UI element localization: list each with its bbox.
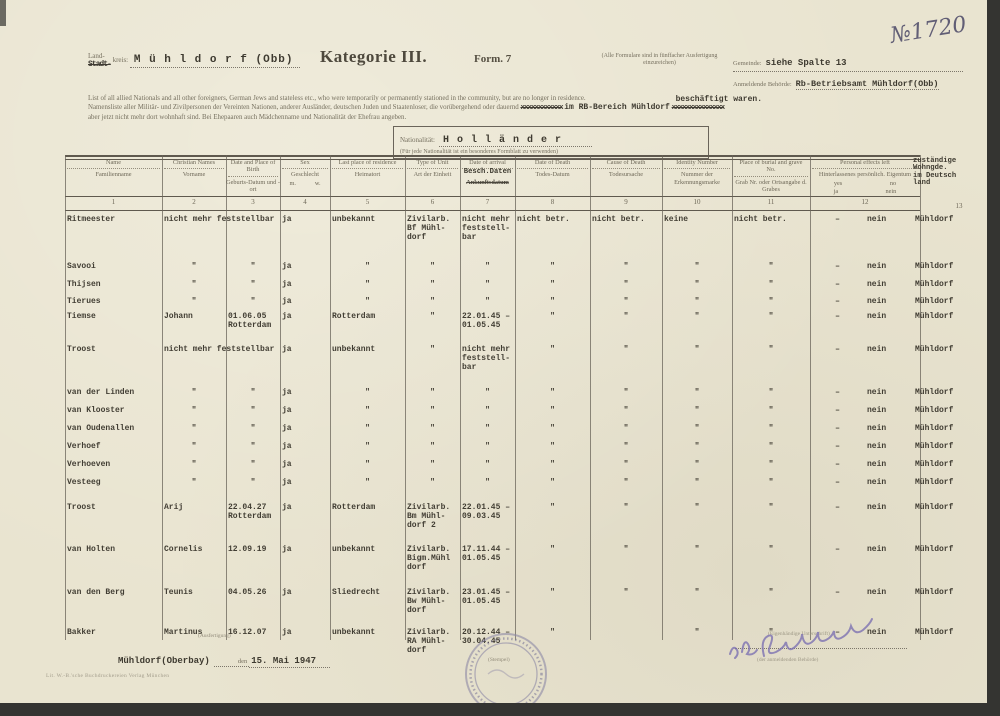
column-number: 9 (590, 198, 662, 206)
table-cell: nein (867, 545, 911, 554)
table-cell: " (228, 442, 278, 451)
footer-place: Mühldorf(Oberbay) (118, 656, 210, 666)
table-cell: " (517, 406, 588, 415)
table-cell: " (664, 262, 730, 271)
table-cell: nein (867, 388, 911, 397)
column-number: 5 (330, 198, 405, 206)
table-cell: " (664, 424, 730, 433)
table-cell: " (407, 262, 458, 271)
table-cell: ja (282, 503, 328, 512)
table-cell: – (812, 262, 863, 271)
table-cell: nein (867, 460, 911, 469)
table-cell: " (164, 280, 224, 289)
table-cell: " (332, 406, 403, 415)
column-header-12: Personal effects leftHinterlassenes pers… (810, 158, 920, 196)
table-cell: " (462, 442, 513, 451)
column-number: 6 (405, 198, 460, 206)
table-cell: Savooi (67, 262, 160, 271)
table-cell: unbekannt (332, 345, 403, 354)
column-header-6: Type of UnitArt der Einheit (405, 158, 460, 179)
table-cell: " (517, 442, 588, 451)
table-cell: " (332, 478, 403, 487)
table-cell: – (812, 297, 863, 306)
table-cell: unbekannt (332, 215, 403, 224)
table-cell: " (164, 460, 224, 469)
intro-struck-1: xxxxxxxxxxxx (520, 104, 562, 112)
table-cell: Verhoef (67, 442, 160, 451)
table-cell: " (164, 442, 224, 451)
table-cell: " (664, 388, 730, 397)
table-cell: " (407, 424, 458, 433)
table-cell: – (812, 215, 863, 224)
column-header-2: Christian NamesVorname (162, 158, 226, 179)
table-cell: " (407, 406, 458, 415)
table-cell: nein (867, 345, 911, 354)
table-cell: " (664, 588, 730, 597)
column-number: 10 (662, 198, 732, 206)
table-rule (662, 155, 663, 640)
table-cell: " (517, 588, 588, 597)
table-cell: – (812, 545, 863, 554)
table-cell: " (664, 406, 730, 415)
column-header-3: Date and Place of BirthGeburts-Datum und… (226, 158, 280, 194)
table-cell: van den Berg (67, 588, 160, 597)
table-cell: 12.09.19 (228, 545, 278, 554)
scanned-form-page: №1720 Land- Stadt- kreis: M ü h l d o r … (0, 0, 1000, 716)
table-cell: " (164, 478, 224, 487)
table-cell: " (164, 262, 224, 271)
table-cell: " (592, 478, 660, 487)
table-cell: " (517, 460, 588, 469)
column-number: 8 (515, 198, 590, 206)
table-cell: " (592, 345, 660, 354)
table-cell: " (734, 588, 808, 597)
table-cell: – (812, 503, 863, 512)
table-cell: ja (282, 345, 328, 354)
table-cell: 04.05.26 (228, 588, 278, 597)
table-rule (65, 155, 66, 640)
column-header-text: Nummer der Erkennungsmarke (662, 169, 732, 186)
table-cell: Rotterdam (332, 503, 403, 512)
table-cell: Zivilarb. RA Mühl- dorf (407, 628, 458, 655)
authority-value: Rb-Betriebsamt Mühldorf(Obb) (796, 79, 939, 90)
column-number: 7 (460, 198, 515, 206)
footer-den-label: den (214, 658, 249, 667)
intro-line-de: Namensliste aller Militär- und Zivilpers… (88, 104, 519, 111)
table-cell: – (812, 388, 863, 397)
column-header-text: Besch.Daten (460, 169, 515, 176)
table-cell: " (462, 262, 513, 271)
table-cell: ja (282, 442, 328, 451)
column-header-text: Last place of residence (332, 158, 403, 169)
table-cell: Rotterdam (332, 312, 403, 321)
table-cell: 01.06.05 Rotterdam (228, 312, 278, 330)
column-header-text: Familienname (65, 169, 162, 178)
table-cell: ja (282, 406, 328, 415)
table-cell: nicht mehr feststell- bar (462, 215, 513, 242)
table-cell: " (462, 406, 513, 415)
table-cell: ja (282, 478, 328, 487)
table-cell: keine (664, 215, 730, 224)
table-cell: 22.01.45 – 01.05.45 (462, 312, 513, 330)
district-block: Land- Stadt- kreis: M ü h l d o r f (Obb… (88, 52, 300, 69)
table-rule (920, 155, 921, 640)
table-rule (515, 155, 516, 640)
table-cell: Troost (67, 345, 160, 354)
column-header-text: Type of Unit (407, 158, 458, 169)
table-cell: " (734, 280, 808, 289)
table-cell: 17.11.44 – 01.05.45 (462, 545, 513, 563)
footer-tiny-note: (Ausfertigung) (198, 633, 231, 639)
table-cell: " (228, 406, 278, 415)
column-header-text: Sex (282, 158, 328, 169)
column-header-text: Grab Nr. oder Ortsangabe d. Grabes (732, 177, 810, 194)
table-cell: " (734, 388, 808, 397)
column-header-text: Hinterlassenes persönlich. Eigentum (810, 169, 920, 178)
table-cell: " (592, 262, 660, 271)
table-cell: " (332, 280, 403, 289)
table-rule (810, 155, 811, 640)
table-cell: – (812, 460, 863, 469)
form-number: Form. 7 (474, 53, 511, 65)
table-cell: " (734, 460, 808, 469)
table-cell: nicht betr. (592, 215, 660, 224)
column-header-text: Todesursache (590, 169, 662, 178)
table-cell: " (592, 460, 660, 469)
table-rule (590, 155, 591, 640)
table-cell: " (462, 280, 513, 289)
column-header-text: Place of burial and grave No. (734, 158, 808, 177)
column-header-7: Date of arrivalBesch.DatenAnkunftsdatum (460, 158, 515, 186)
table-cell: " (592, 503, 660, 512)
column-header-text: Art der Einheit (405, 169, 460, 178)
table-cell: nicht betr. (734, 215, 808, 224)
table-cell: " (462, 388, 513, 397)
table-cell: " (407, 388, 458, 397)
table-cell: van der Linden (67, 388, 160, 397)
table-cell: Thijsen (67, 280, 160, 289)
district-label-land: Land- (88, 52, 105, 60)
table-cell: nein (867, 280, 911, 289)
column-header-4: SexGeschlechtm.w. (280, 158, 330, 187)
table-cell: " (664, 503, 730, 512)
table-cell: Cornelis (164, 545, 224, 554)
table-cell: " (734, 503, 808, 512)
table-cell: " (332, 460, 403, 469)
table-cell: Zivilarb. Bigm.Mühl dorf (407, 545, 458, 572)
table-rule (732, 155, 733, 640)
column-header-text: Identity Number (664, 158, 730, 169)
column-number: 12 (810, 198, 920, 206)
table-cell: – (812, 280, 863, 289)
table-cell: " (664, 345, 730, 354)
table-cell: " (407, 442, 458, 451)
table-cell: nein (867, 312, 911, 321)
column-header-8: Date of DeathTodes-Datum (515, 158, 590, 179)
table-cell: Ritmeester (67, 215, 160, 224)
intro-paragraph: List of all allied Nationals and all oth… (88, 94, 933, 122)
table-cell: nein (867, 442, 911, 451)
table-cell: " (734, 545, 808, 554)
table-cell: Troost (67, 503, 160, 512)
table-cell: " (517, 503, 588, 512)
scan-edge-bottom (0, 703, 1000, 716)
column-header-text: Todes-Datum (515, 169, 590, 178)
table-cell: nicht mehr feststellbar (164, 215, 278, 224)
scan-corner-mark (0, 0, 6, 26)
table-cell: " (332, 424, 403, 433)
table-cell: " (734, 406, 808, 415)
table-cell: " (462, 297, 513, 306)
table-rule (162, 155, 163, 640)
table-cell: ja (282, 388, 328, 397)
table-cell: " (407, 345, 458, 354)
table-cell: " (407, 478, 458, 487)
column-header-5: Last place of residenceHeimatort (330, 158, 405, 179)
nationality-label: Nationalität: (400, 136, 435, 144)
table-cell: " (164, 424, 224, 433)
table-cell: " (228, 262, 278, 271)
table-cell: – (812, 442, 863, 451)
table-cell: " (517, 280, 588, 289)
authority-label: Anmeldende Behörde: (733, 81, 792, 88)
table-cell: 22.01.45 – 09.03.45 (462, 503, 513, 521)
column-header-text: Heimatort (330, 169, 405, 178)
handwritten-number: №1720 (889, 12, 969, 49)
column-number: 4 (280, 198, 330, 206)
table-cell: " (407, 297, 458, 306)
table-cell: nicht betr. (517, 215, 588, 224)
table-cell: " (164, 406, 224, 415)
table-rule (330, 155, 331, 640)
table-cell: Teunis (164, 588, 224, 597)
printer-imprint: Lit. W.-B.'sche Buchdruckereien Verlag M… (46, 673, 169, 679)
column-header-1: NameFamilienname (65, 158, 162, 179)
table-cell: " (664, 312, 730, 321)
table-cell: " (517, 478, 588, 487)
table-cell: – (812, 424, 863, 433)
table-cell: ja (282, 215, 328, 224)
table-cell: unbekannt (332, 545, 403, 554)
roster-table: NameFamiliennameChristian NamesVornameDa… (65, 155, 920, 640)
gemeinde-label: Gemeinde: (733, 60, 762, 67)
column-header-text: Name (67, 158, 160, 169)
authority-row: Anmeldende Behörde: Rb-Betriebsamt Mühld… (733, 73, 988, 91)
table-cell: " (592, 297, 660, 306)
table-cell: " (332, 388, 403, 397)
table-cell: " (517, 545, 588, 554)
intro-insert: beschäftigt waren. xxxxxxxxxxxxxxx (672, 103, 725, 113)
table-cell: nein (867, 503, 911, 512)
table-cell: ja (282, 312, 328, 321)
table-cell: " (164, 297, 224, 306)
table-cell: Arij (164, 503, 224, 512)
table-cell: " (228, 460, 278, 469)
intro-struck-2: xxxxxxxxxxxxxxx (672, 104, 725, 112)
footer-dateline: Mühldorf(Oberbay) den15. Mai 1947 (118, 650, 330, 668)
column-number: 3 (226, 198, 280, 206)
column-header-10: Identity NumberNummer der Erkennungsmark… (662, 158, 732, 186)
table-cell: " (734, 312, 808, 321)
table-cell: Zivilarb. Bm Mühl- dorf 2 (407, 503, 458, 530)
gemeinde-value: siehe Spalte 13 (766, 58, 847, 68)
table-cell: " (664, 478, 730, 487)
table-cell: nicht mehr feststellbar (164, 345, 278, 354)
table-cell: " (664, 628, 730, 637)
table-cell: " (407, 312, 458, 321)
column-header-text: Geburts-Datum und -ort (226, 177, 280, 194)
table-cell: nein (867, 297, 911, 306)
district-label-stadt-struck: Stadt- (88, 60, 111, 69)
table-cell: " (734, 424, 808, 433)
copies-note: (Alle Formulare sind in fünffacher Ausfe… (597, 53, 722, 67)
table-cell: " (592, 312, 660, 321)
table-cell: " (517, 312, 588, 321)
table-cell: nein (867, 406, 911, 415)
column-header-11: Place of burial and grave No.Grab Nr. od… (732, 158, 810, 194)
table-cell: " (592, 545, 660, 554)
table-cell: " (332, 297, 403, 306)
table-cell: van Oudenallen (67, 424, 160, 433)
table-cell: " (407, 460, 458, 469)
table-cell: " (517, 388, 588, 397)
table-cell: – (812, 406, 863, 415)
table-cell: " (228, 478, 278, 487)
table-cell: ja (282, 545, 328, 554)
table-cell: 23.01.45 – 01.05.45 (462, 588, 513, 606)
column-number: 2 (162, 198, 226, 206)
table-cell: nicht mehr feststell- bar (462, 345, 513, 372)
table-cell: " (332, 262, 403, 271)
table-rule (280, 155, 281, 640)
table-cell: – (812, 312, 863, 321)
intro-line-de-2: aber jetzt nicht mehr dort wohnhaft sind… (88, 114, 406, 121)
district-label-kreis: kreis: (113, 56, 129, 64)
table-cell: ja (282, 262, 328, 271)
column-header-text: Ankunftsdatum (460, 177, 515, 186)
table-cell: " (228, 388, 278, 397)
table-cell: " (734, 297, 808, 306)
table-cell: " (664, 280, 730, 289)
table-cell: nein (867, 478, 911, 487)
table-cell: van Klooster (67, 406, 160, 415)
table-cell: 16.12.07 (228, 628, 278, 637)
table-cell: " (228, 280, 278, 289)
table-cell: Vesteeg (67, 478, 160, 487)
table-cell: " (734, 442, 808, 451)
table-cell: nein (867, 262, 911, 271)
table-cell: " (734, 478, 808, 487)
table-cell: Zivilarb. Bw Mühl- dorf (407, 588, 458, 615)
column-header-text: Christian Names (164, 158, 224, 169)
signature (722, 612, 922, 667)
table-cell: ja (282, 280, 328, 289)
table-cell: – (812, 588, 863, 597)
table-cell: " (734, 345, 808, 354)
table-cell: " (407, 280, 458, 289)
table-cell: " (664, 297, 730, 306)
district-value: M ü h l d o r f (Obb) (130, 54, 300, 68)
table-cell: " (592, 424, 660, 433)
table-cell: Tierues (67, 297, 160, 306)
table-cell: – (812, 345, 863, 354)
column-header-text: Vorname (162, 169, 226, 178)
table-cell: unbekannt (332, 628, 403, 637)
nationality-value: H o l l ä n d e r (439, 135, 592, 147)
column-header-text: Personal effects left (812, 158, 918, 169)
table-cell: " (462, 424, 513, 433)
column-header-text: Cause of Death (592, 158, 660, 169)
table-cell: Zivilarb. Bf Mühl- dorf (407, 215, 458, 242)
column-number: 11 (732, 198, 810, 206)
table-cell: " (228, 424, 278, 433)
table-cell: Tiemse (67, 312, 160, 321)
table-cell: " (734, 262, 808, 271)
column-header-text: Geschlecht (280, 169, 330, 178)
stamp-caption: (Stempel) (488, 657, 510, 663)
table-cell: " (664, 442, 730, 451)
table-cell: " (664, 460, 730, 469)
footer-date: 15. Mai 1947 (249, 656, 330, 668)
gemeinde-row: Gemeinde: siehe Spalte 13 (733, 52, 963, 72)
table-cell: " (592, 388, 660, 397)
table-rule (226, 155, 227, 640)
table-cell: Sliedrecht (332, 588, 403, 597)
column-number: 1 (65, 198, 162, 206)
table-cell: " (592, 588, 660, 597)
form-title: Kategorie III. (320, 47, 427, 67)
table-cell: " (517, 424, 588, 433)
table-cell: " (228, 297, 278, 306)
table-cell: nein (867, 424, 911, 433)
intro-line-en: List of all allied Nationals and all oth… (88, 95, 586, 102)
table-cell: " (517, 262, 588, 271)
table-cell: ja (282, 628, 328, 637)
intro-typed-raised: beschäftigt waren. (676, 95, 762, 104)
table-cell: van Holten (67, 545, 160, 554)
table-cell: " (462, 460, 513, 469)
table-cell: Bakker (67, 628, 160, 637)
table-cell: " (592, 406, 660, 415)
table-cell: nein (867, 588, 911, 597)
table-rule (405, 155, 406, 640)
column-header-9: Cause of DeathTodesursache (590, 158, 662, 179)
table-cell: " (592, 442, 660, 451)
intro-typed-location: im RB-Bereich Mühldorf (564, 103, 670, 112)
column-header-text: Date and Place of Birth (228, 158, 278, 177)
table-cell: " (164, 388, 224, 397)
table-cell: – (812, 478, 863, 487)
table-cell: ja (282, 297, 328, 306)
table-cell: " (517, 345, 588, 354)
table-cell: ja (282, 588, 328, 597)
table-cell: nein (867, 215, 911, 224)
table-cell: ja (282, 460, 328, 469)
scan-edge-right (987, 0, 1000, 716)
table-cell: " (592, 280, 660, 289)
table-cell: Verhoeven (67, 460, 160, 469)
table-cell: " (664, 545, 730, 554)
column-header-text: Date of Death (517, 158, 588, 169)
table-cell: Johann (164, 312, 224, 321)
table-rule (460, 155, 461, 640)
table-cell: 22.04.27 Rotterdam (228, 503, 278, 521)
table-cell: " (462, 478, 513, 487)
table-cell: " (517, 297, 588, 306)
table-cell: " (332, 442, 403, 451)
table-cell: ja (282, 424, 328, 433)
